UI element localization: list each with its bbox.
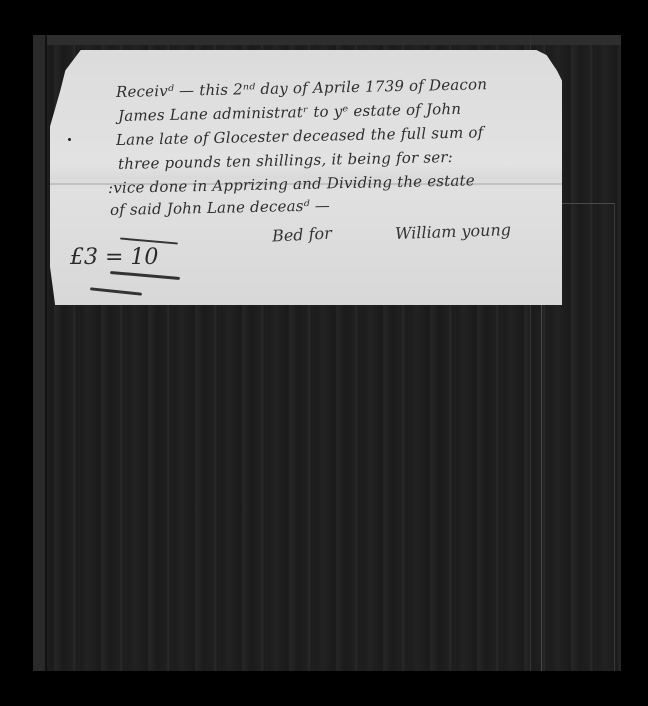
receipt-amount: £3 = 10 (70, 245, 158, 270)
receipt-line-3: Lane late of Glocester deceased the full… (116, 123, 484, 149)
board-left-edge (33, 35, 47, 671)
receipt-line-5: :vice done in Apprizing and Dividing the… (108, 171, 475, 197)
receipt-line-4: three pounds ten shillings, it being for… (118, 148, 453, 173)
ink-dot (68, 138, 71, 141)
signature-place: Bed for (272, 223, 333, 245)
receipt-line-2: James Lane administratʳ to yᵉ estate of … (118, 100, 462, 125)
amount-flourish (120, 237, 178, 244)
amount-underline-lower (90, 287, 142, 295)
signature-name: William young (395, 220, 512, 243)
amount-underline (110, 271, 180, 280)
receipt-line-6: of said John Lane deceasᵈ — (110, 196, 330, 219)
receipt-paper: Receivᵈ — this 2ⁿᵈ day of Aprile 1739 of… (50, 50, 562, 305)
receipt-line-1: Receivᵈ — this 2ⁿᵈ day of Aprile 1739 of… (116, 75, 488, 101)
